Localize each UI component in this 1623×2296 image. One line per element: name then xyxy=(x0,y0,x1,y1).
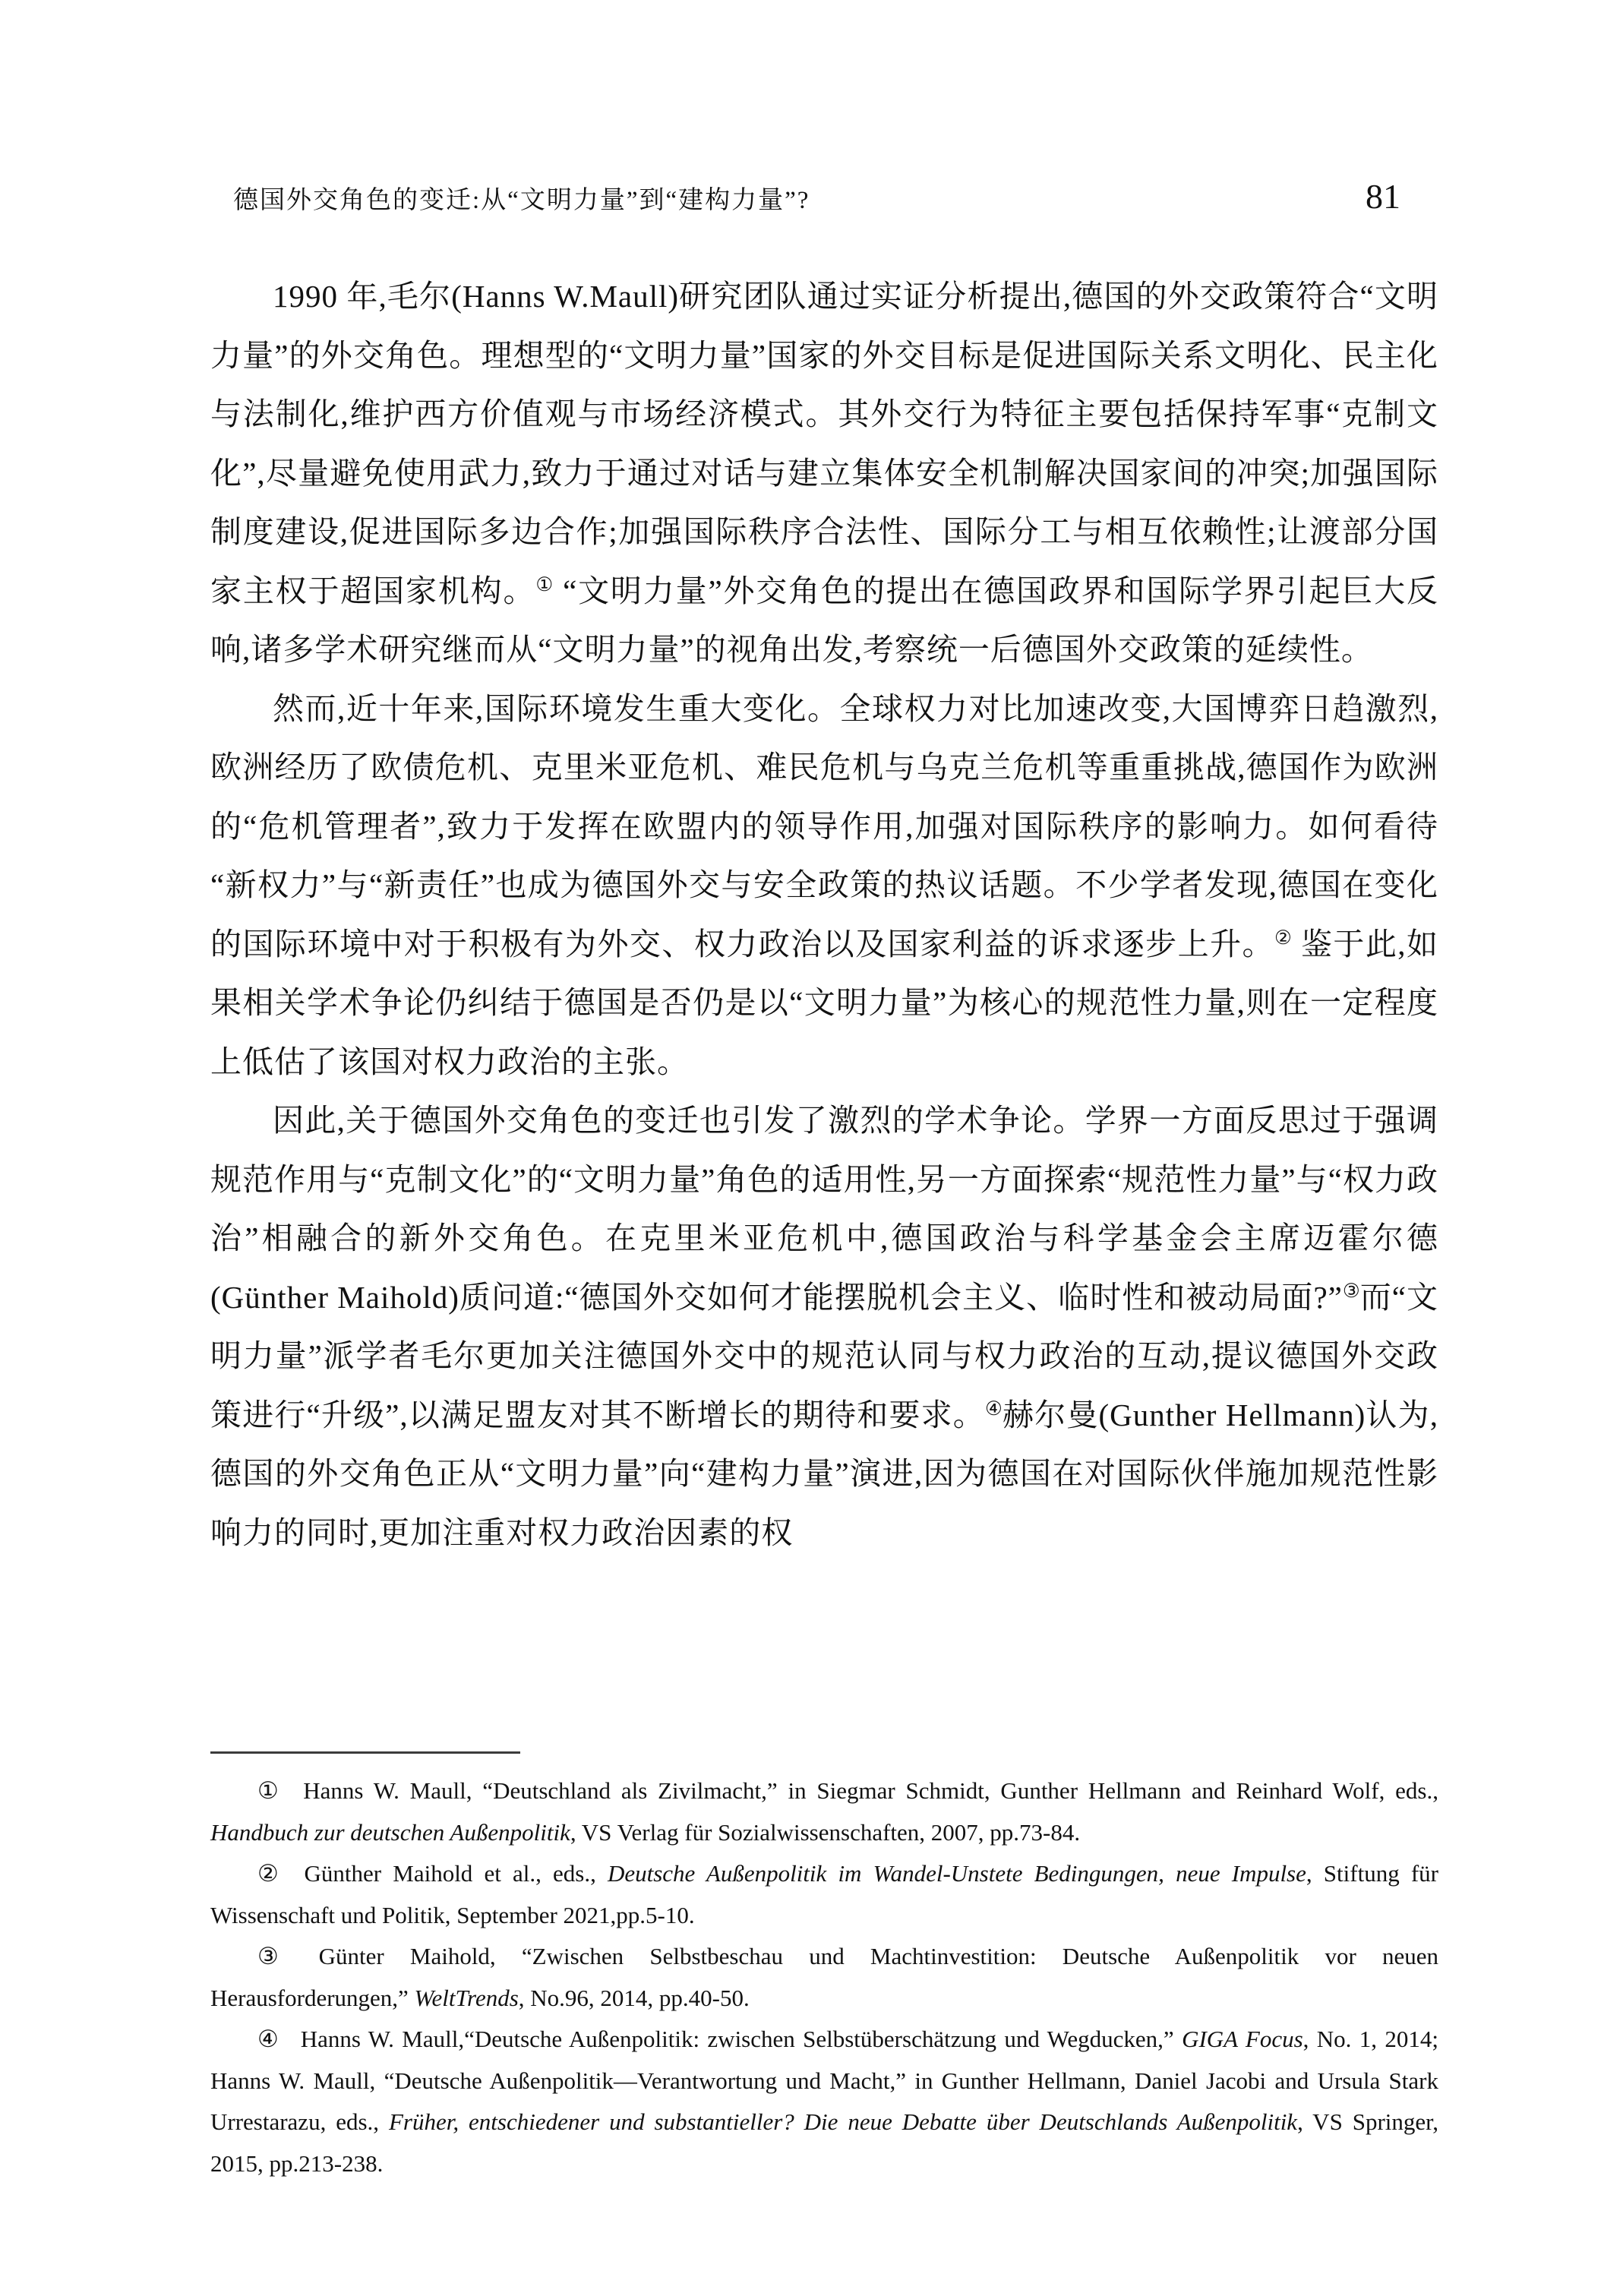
footnote-text-segment: , VS Verlag für Sozialwissenschaften, 20… xyxy=(570,1819,1080,1846)
footnote-separator xyxy=(210,1751,520,1754)
footnote-text-segment: Günther Maihold et al., eds., xyxy=(305,1860,608,1887)
footnote-marker: ② xyxy=(257,1860,284,1887)
journal-page: 德国外交角色的变迁:从“文明力量”到“建构力量”? 81 1990 年,毛尔(H… xyxy=(0,0,1623,2296)
paragraph-3: 因此,关于德国外交角色的变迁也引发了激烈的学术争论。学界一方面反思过于强调规范作… xyxy=(210,1091,1438,1562)
footnote-ref-3: ③ xyxy=(1343,1281,1360,1302)
footnote-4: ④Hanns W. Maull,“Deutsche Außenpolitik: … xyxy=(210,2019,1438,2184)
footnotes-section: ①Hanns W. Maull, “Deutschland als Zivilm… xyxy=(210,1751,1438,2184)
footnote-title-italic: Handbuch zur deutschen Außenpolitik xyxy=(210,1819,570,1846)
footnote-text-segment: Hanns W. Maull,“Deutsche Außenpolitik: z… xyxy=(301,2026,1182,2052)
footnote-2: ②Günther Maihold et al., eds., Deutsche … xyxy=(210,1853,1438,1936)
footnote-text-segment: Günter Maihold, “Zwischen Selbstbeschau … xyxy=(210,1943,1438,2011)
paragraph-1: 1990 年,毛尔(Hanns W.Maull)研究团队通过实证分析提出,德国的… xyxy=(210,267,1438,680)
footnote-1: ①Hanns W. Maull, “Deutschland als Zivilm… xyxy=(210,1770,1438,1853)
page-header: 德国外交角色的变迁:从“文明力量”到“建构力量”? 81 xyxy=(210,176,1438,216)
footnote-ref-1: ① xyxy=(535,574,554,595)
text-segment: 1990 年,毛尔(Hanns W.Maull)研究团队通过实证分析提出,德国的… xyxy=(210,279,1438,608)
paragraph-2: 然而,近十年来,国际环境发生重大变化。全球权力对比加速改变,大国博弈日趋激烈,欧… xyxy=(210,680,1438,1092)
article-body: 1990 年,毛尔(Hanns W.Maull)研究团队通过实证分析提出,德国的… xyxy=(210,267,1438,1562)
footnote-ref-2: ② xyxy=(1274,927,1292,949)
footnote-title-italic: WeltTrends xyxy=(415,1985,519,2011)
footnote-marker: ④ xyxy=(257,2026,280,2052)
footnote-title-italic: Früher, entschiedener und substantieller… xyxy=(389,2108,1297,2135)
footnote-marker: ③ xyxy=(257,1943,298,1969)
page-number: 81 xyxy=(1366,176,1438,216)
running-title: 德国外交角色的变迁:从“文明力量”到“建构力量”? xyxy=(210,180,810,216)
text-segment: 因此,关于德国外交角色的变迁也引发了激烈的学术争论。学界一方面反思过于强调规范作… xyxy=(210,1103,1438,1315)
text-segment: 然而,近十年来,国际环境发生重大变化。全球权力对比加速改变,大国博弈日趋激烈,欧… xyxy=(210,691,1438,962)
footnote-text-segment: , No.96, 2014, pp.40-50. xyxy=(519,1985,750,2011)
footnote-title-italic: Deutsche Außenpolitik im Wandel-Unstete … xyxy=(608,1860,1306,1887)
footnote-3: ③Günter Maihold, “Zwischen Selbstbeschau… xyxy=(210,1936,1438,2019)
footnote-text-segment: Hanns W. Maull, “Deutschland als Zivilma… xyxy=(303,1777,1438,1804)
footnote-title-italic: GIGA Focus xyxy=(1182,2026,1303,2052)
footnote-ref-4: ④ xyxy=(985,1398,1003,1420)
footnote-marker: ① xyxy=(257,1777,283,1804)
